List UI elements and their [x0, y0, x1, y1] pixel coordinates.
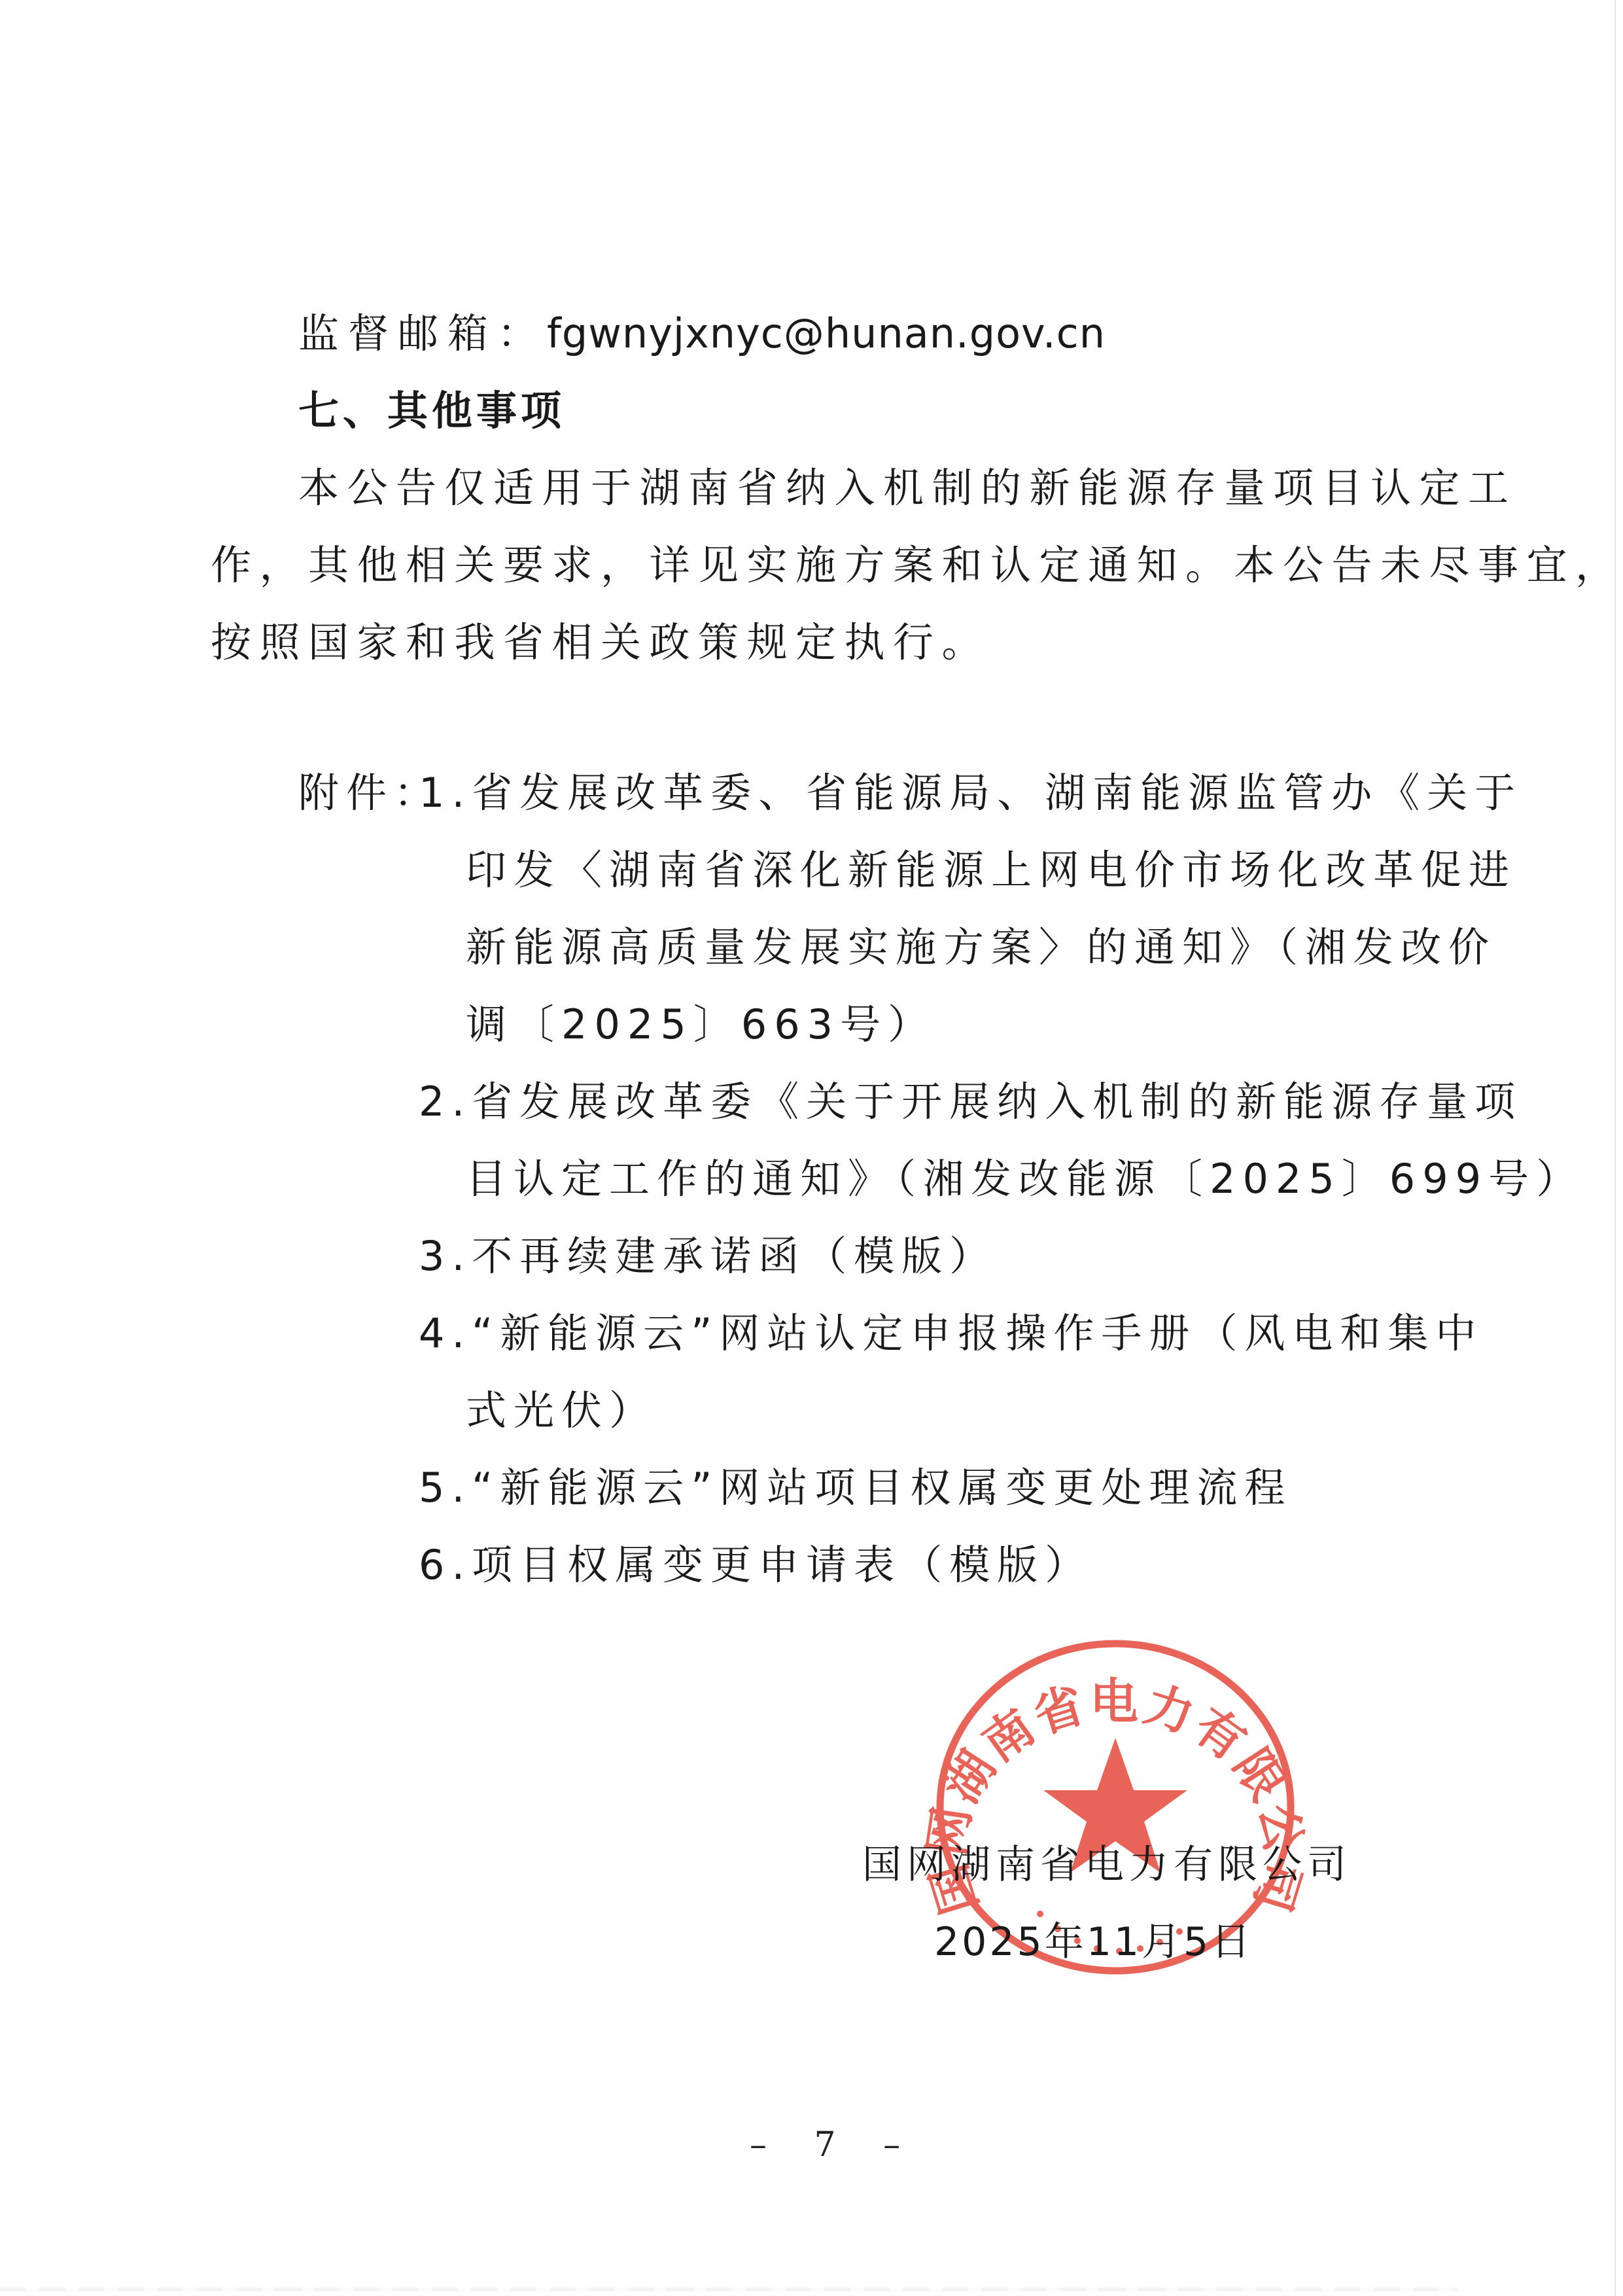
attachment-item-2-line: 2.省发展改革委《关于开展纳入机制的新能源存量项: [419, 1076, 1522, 1128]
section-heading: 七、其他事项: [298, 385, 565, 437]
supervision-email-row: 监督邮箱：fgwnyjxnyc@hunan.gov.cn: [298, 308, 1106, 360]
attachment-item-1-line: 1.省发展改革委、省能源局、湖南能源监管办《关于: [419, 767, 1522, 819]
attachment-item-4-line: 4.“新能源云”网站认定申报操作手册（风电和集中: [419, 1307, 1483, 1360]
attachment-item-1-line: 新能源高质量发展实施方案〉的通知》（湘发改价: [466, 921, 1496, 974]
scan-bottom-artifact: [0, 2287, 1459, 2291]
paragraph-line: 本公告仅适用于湖南省纳入机制的新能源存量项目认定工: [298, 462, 1517, 514]
scan-edge-line: [1614, 0, 1616, 2296]
attachment-item-1-line: 印发〈湖南省深化新能源上网电价市场化改革促进: [466, 844, 1516, 896]
paragraph-line: 作，其他相关要求，详见实施方案和认定通知。本公告未尽事宜，: [211, 539, 1623, 592]
attachment-item-6-line: 6.项目权属变更申请表（模版）: [419, 1539, 1092, 1591]
attachment-item-5-line: 5.“新能源云”网站项目权属变更处理流程: [419, 1462, 1292, 1514]
signing-organization: 国网湖南省电力有限公司: [862, 1839, 1352, 1891]
signing-date: 2025年11月5日: [934, 1916, 1253, 1968]
document-page: 监督邮箱：fgwnyjxnyc@hunan.gov.cn 七、其他事项 本公告仅…: [0, 0, 1623, 2296]
attachment-item-4-line: 式光伏）: [466, 1385, 657, 1437]
supervision-email-address: fgwnyjxnyc@hunan.gov.cn: [547, 309, 1106, 357]
supervision-email-label: 监督邮箱：: [298, 309, 547, 357]
attachment-item-3-line: 3.不再续建承诺函（模版）: [419, 1230, 997, 1282]
paragraph-line: 按照国家和我省相关政策规定执行。: [211, 616, 990, 669]
page-number: – 7 –: [750, 2125, 918, 2164]
attachment-item-1-line: 调〔2025〕663号）: [466, 998, 935, 1051]
attachment-item-2-line: 目认定工作的通知》（湘发改能源〔2025〕699号）: [466, 1153, 1584, 1205]
